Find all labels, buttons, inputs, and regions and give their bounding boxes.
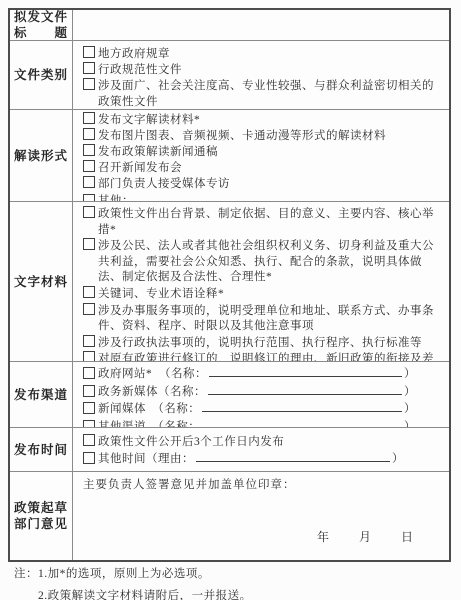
close-paren: ） xyxy=(392,451,404,467)
option-label: 涉及面广、社会关注度高、专业性较强、与群众利益密切相关的政策性文件 xyxy=(98,80,434,108)
signature-instruction: 主要负责人签署意见并加盖单位印章： xyxy=(83,478,445,493)
option-label: 涉及行政执法事项的，说明执行范围、执行程序、执行标准等 xyxy=(98,337,422,349)
checkbox-icon xyxy=(83,351,95,361)
label-publication-channel: 发布渠道 xyxy=(10,362,73,427)
checkbox-item: 政务新媒体（名称：） xyxy=(83,383,416,401)
option-label: 政府网站* （名称： xyxy=(98,367,207,383)
checkbox-item: 政策性文件出台背景、制定依据、目的意义、主要内容、核心举措* xyxy=(83,206,445,238)
checkbox-item: 召开新闻发布会 xyxy=(83,160,445,176)
close-paren: ） xyxy=(404,420,416,428)
checkbox-icon xyxy=(83,303,95,315)
option-label: 发布政策解读新闻通稿 xyxy=(98,146,218,158)
close-paren: ） xyxy=(404,385,416,401)
option-label: 发布文字解读材料* xyxy=(98,114,200,126)
checkbox-icon xyxy=(83,112,95,124)
label-drafting-department-opinion: 政策起草 部门意见 xyxy=(10,472,73,560)
checkbox-item: 其他时间（理由：） xyxy=(83,450,404,467)
checkbox-icon xyxy=(83,62,95,74)
checkbox-icon xyxy=(83,367,95,379)
label-line: 发布时间 xyxy=(14,442,68,458)
checkbox-item: 关键词、专业术语诠释* xyxy=(83,286,445,303)
checkbox-icon xyxy=(83,176,95,188)
publication-channel-options: 政府网站* （名称：） 政务新媒体（名称：） 新闻媒体 （名称：） 其他渠道 （… xyxy=(73,362,449,427)
checkbox-icon xyxy=(83,452,95,464)
checkbox-item: 新闻媒体 （名称：） xyxy=(83,400,416,418)
checkbox-item: 涉及办事服务事项的，说明受理单位和地址、联系方式、办事条件、资料、程序、时限以及… xyxy=(83,303,445,335)
row-drafting-department-opinion: 政策起草 部门意见 主要负责人签署意见并加盖单位印章： 年 月 日 xyxy=(10,472,449,560)
checkbox-item: 涉及面广、社会关注度高、专业性较强、与群众利益密切相关的政策性文件 xyxy=(83,78,445,109)
close-paren: ） xyxy=(404,402,416,418)
option-label: 政策性文件公开后3个工作日内发布 xyxy=(98,436,284,448)
checkbox-icon xyxy=(83,420,95,427)
footnote-1: 注：1.加*的选项，原则上为必选项。 xyxy=(14,567,252,582)
label-proposed-document-title: 拟发文件 标 题 xyxy=(10,10,73,40)
checkbox-item: 涉及公民、法人或者其他社会组织权利义务、切身利益及重大公共利益，需要社会公众知悉… xyxy=(83,238,445,286)
label-line: 发布渠道 xyxy=(14,387,68,403)
option-label: 其他渠道 （名称： xyxy=(98,420,200,428)
checkbox-item: 政府网站* （名称：） xyxy=(83,365,416,383)
checkbox-item-other: 其他： xyxy=(83,192,414,201)
label-publication-time: 发布时间 xyxy=(10,428,73,471)
option-label: 涉及公民、法人或者其他社会组织权利义务、切身利益及重大公共利益，需要社会公众知悉… xyxy=(98,240,434,283)
label-document-category: 文件类别 xyxy=(10,41,73,109)
label-line: 政策起草 xyxy=(14,500,68,516)
label-interpretation-format: 解读形式 xyxy=(10,110,73,201)
label-line: 标 题 xyxy=(14,25,68,41)
drafting-department-opinion-area: 主要负责人签署意见并加盖单位印章： 年 月 日 xyxy=(73,472,449,560)
checkbox-icon xyxy=(83,335,95,347)
checkbox-item: 涉及行政执法事项的，说明执行范围、执行程序、执行标准等 xyxy=(83,335,445,352)
footnotes: 注：1.加*的选项，原则上为必选项。 2.政策解读文字材料请附后，一并报送。 xyxy=(14,567,252,600)
blank-fill-line xyxy=(202,400,402,412)
blank-fill-line xyxy=(136,192,412,201)
document-category-options: 地方政府规章 行政规范性文件 涉及面广、社会关注度高、专业性较强、与群众利益密切… xyxy=(73,41,449,109)
blank-fill-line xyxy=(208,383,402,395)
checkbox-icon xyxy=(83,385,95,397)
checkbox-icon xyxy=(83,46,95,58)
blank-fill-line xyxy=(209,365,402,377)
option-label: 对原有政策进行修订的，说明修订的理由、新旧政策的衔接及差异 xyxy=(98,353,434,361)
blank-fill-line xyxy=(202,418,402,428)
row-text-materials: 文字材料 政策性文件出台背景、制定依据、目的意义、主要内容、核心举措* 涉及公民… xyxy=(10,202,449,362)
label-line: 文字材料 xyxy=(14,274,68,290)
policy-interpretation-form-table: 拟发文件 标 题 文件类别 地方政府规章 行政规范性文件 涉及面广、社会关注度高… xyxy=(8,8,451,562)
checkbox-icon xyxy=(83,160,95,172)
checkbox-icon xyxy=(83,286,95,298)
checkbox-icon xyxy=(83,402,95,414)
row-publication-channel: 发布渠道 政府网站* （名称：） 政务新媒体（名称：） 新闻媒体 （名称：） 其… xyxy=(10,362,449,428)
checkbox-item: 行政规范性文件 xyxy=(83,62,445,78)
label-line: 部门意见 xyxy=(14,516,68,532)
option-label: 发布图片图表、音频视频、卡通动漫等形式的解读材料 xyxy=(98,130,386,142)
checkbox-item: 其他渠道 （名称：） xyxy=(83,418,416,428)
checkbox-icon xyxy=(83,206,95,218)
checkbox-item: 地方政府规章 xyxy=(83,46,445,62)
label-line: 拟发文件 xyxy=(14,9,68,25)
option-label: 行政规范性文件 xyxy=(98,64,182,76)
option-label: 新闻媒体 （名称： xyxy=(98,402,200,418)
checkbox-item: 发布图片图表、音频视频、卡通动漫等形式的解读材料 xyxy=(83,128,445,144)
checkbox-item: 对原有政策进行修订的，说明修订的理由、新旧政策的衔接及差异 xyxy=(83,351,445,361)
checkbox-item: 部门负责人接受媒体专访 xyxy=(83,176,445,192)
option-label: 召开新闻发布会 xyxy=(98,162,182,174)
proposed-document-title-field xyxy=(73,10,449,40)
blank-fill-line xyxy=(196,450,390,462)
option-label: 关键词、专业术语诠释* xyxy=(98,288,224,300)
option-label: 部门负责人接受媒体专访 xyxy=(98,178,230,190)
row-document-category: 文件类别 地方政府规章 行政规范性文件 涉及面广、社会关注度高、专业性较强、与群… xyxy=(10,41,449,110)
option-label: 地方政府规章 xyxy=(98,48,170,60)
checkbox-icon xyxy=(83,128,95,140)
row-publication-time: 发布时间 政策性文件公开后3个工作日内发布 其他时间（理由：） xyxy=(10,428,449,472)
checkbox-icon xyxy=(83,238,95,250)
option-label: 政务新媒体（名称： xyxy=(98,385,206,401)
option-label: 涉及办事服务事项的，说明受理单位和地址、联系方式、办事条件、资料、程序、时限以及… xyxy=(98,305,434,333)
checkbox-item: 发布文字解读材料* xyxy=(83,112,445,128)
checkbox-icon xyxy=(83,78,95,90)
checkbox-item: 发布政策解读新闻通稿 xyxy=(83,144,445,160)
text-materials-options: 政策性文件出台背景、制定依据、目的意义、主要内容、核心举措* 涉及公民、法人或者… xyxy=(73,202,449,361)
publication-time-options: 政策性文件公开后3个工作日内发布 其他时间（理由：） xyxy=(73,428,449,471)
option-label: 其他时间（理由： xyxy=(98,451,194,467)
form-page: 拟发文件 标 题 文件类别 地方政府规章 行政规范性文件 涉及面广、社会关注度高… xyxy=(0,0,461,600)
row-interpretation-format: 解读形式 发布文字解读材料* 发布图片图表、音频视频、卡通动漫等形式的解读材料 … xyxy=(10,110,449,202)
interpretation-format-options: 发布文字解读材料* 发布图片图表、音频视频、卡通动漫等形式的解读材料 发布政策解… xyxy=(73,110,449,201)
row-proposed-document-title: 拟发文件 标 题 xyxy=(10,10,449,41)
checkbox-icon xyxy=(83,144,95,156)
footnote-2: 2.政策解读文字材料请附后，一并报送。 xyxy=(38,589,252,600)
close-paren: ） xyxy=(404,367,416,383)
checkbox-icon xyxy=(83,194,95,201)
checkbox-item: 政策性文件公开后3个工作日内发布 xyxy=(83,434,445,450)
option-label: 其他： xyxy=(98,194,134,201)
label-line: 文件类别 xyxy=(14,67,68,83)
option-label: 政策性文件出台背景、制定依据、目的意义、主要内容、核心举措* xyxy=(98,208,434,236)
label-line: 解读形式 xyxy=(14,148,68,164)
label-text-materials: 文字材料 xyxy=(10,202,73,361)
checkbox-icon xyxy=(83,434,95,446)
date-line: 年 月 日 xyxy=(317,530,415,545)
